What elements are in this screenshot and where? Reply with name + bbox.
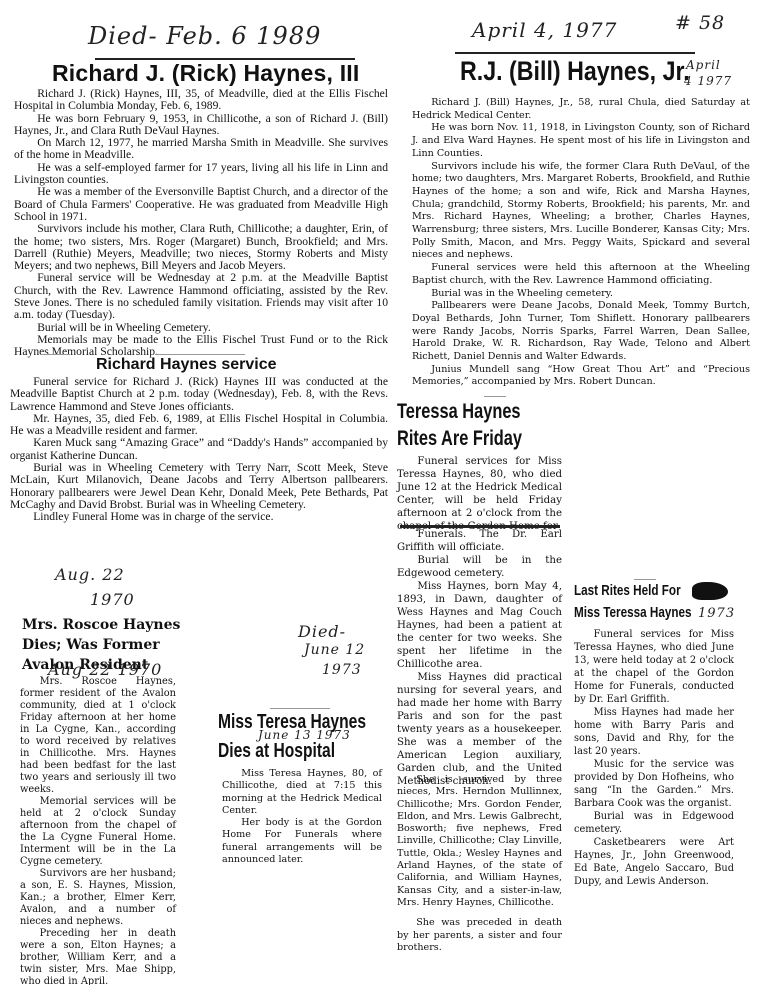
ink-blot-mark (692, 582, 728, 600)
handwritten-date-note: April 4, 1977 (472, 18, 617, 42)
handwritten-side-note: April (686, 58, 721, 72)
paragraph: She was preceded in death by her parents… (397, 917, 562, 954)
handwritten-year-note: 1973 (698, 606, 735, 621)
divider-rule (455, 52, 695, 54)
paragraph: Burial was in Edgewood cemetery. (574, 810, 734, 836)
paragraph: Karen Muck sang “Amazing Grace” and “Dad… (10, 437, 388, 462)
paragraph: On March 12, 1977, he married Marsha Smi… (14, 137, 388, 162)
last-rites-headline-line1: Last Rites Held For (574, 582, 681, 599)
handwritten-date-note: 1973 (322, 662, 362, 678)
paragraph: Her body is at the Gordon Home For Funer… (222, 817, 382, 866)
service-headline: Richard Haynes service (96, 356, 277, 374)
divider-rule (634, 579, 656, 580)
rites-body: Funerals. The Dr. Earl Griffith will off… (397, 528, 562, 788)
service-body: Funeral service for Richard J. (Rick) Ha… (10, 376, 388, 524)
handwritten-side-note: 4 1977 (684, 74, 732, 88)
paragraph: Funeral services were held this afternoo… (412, 262, 750, 287)
paragraph: Pallbearers were Deane Jacobs, Donald Me… (412, 300, 750, 364)
paragraph: Mrs. Roscoe Haynes, former resident of t… (20, 676, 176, 796)
handwritten-date-note: June 12 (304, 642, 365, 658)
obituary-headline: Richard J. (Rick) Haynes, III (52, 60, 359, 87)
paragraph: Burial was in Wheeling Cemetery with Ter… (10, 462, 388, 511)
paragraph: Mr. Haynes, 35, died Feb. 6, 1989, at El… (10, 413, 388, 438)
rites-body-top: Funeral services for Miss Teressa Haynes… (397, 455, 562, 533)
divider-rule (270, 708, 330, 709)
paragraph: Funeral services for Miss Teressa Haynes… (574, 628, 734, 706)
paragraph: Casketbearers were Art Haynes, Jr., John… (574, 836, 734, 888)
paragraph: Miss Haynes, born May 4, 1893, in Dawn, … (397, 580, 562, 671)
paragraph: He was born February 9, 1953, in Chillic… (14, 113, 388, 138)
paragraph: Miss Teresa Haynes, 80, of Chillicothe, … (222, 768, 382, 817)
paragraph: Survivors are her husband; a son, E. S. … (20, 868, 176, 928)
handwritten-date-note: Died- (298, 622, 346, 641)
paragraph: Miss Haynes did practical nursing for se… (397, 671, 562, 788)
handwritten-date-note: Died- Feb. 6 1989 (88, 22, 321, 50)
rites-headline-line2: Rites Are Friday (397, 427, 522, 451)
obituary-headline: R.J. (Bill) Haynes, Jr. (460, 56, 690, 87)
paragraph: He was a member of the Eversonville Bapt… (14, 186, 388, 223)
handwritten-date-note: Aug. 22 (55, 565, 125, 584)
obituary-body: Richard J. (Bill) Haynes, Jr., 58, rural… (412, 97, 750, 389)
paragraph: Richard J. (Bill) Haynes, Jr., 58, rural… (412, 97, 750, 122)
paragraph: Junius Mundell sang “How Great Thou Art”… (412, 364, 750, 389)
divider-rule (40, 354, 70, 355)
paragraph: He was born Nov. 11, 1918, in Livingston… (412, 122, 750, 160)
paragraph: Survivors include his mother, Clara Ruth… (14, 223, 388, 272)
paragraph: Funeral services for Miss Teressa Haynes… (397, 455, 562, 533)
paragraph: He was a self-employed farmer for 17 yea… (14, 162, 388, 187)
roscoe-body: Mrs. Roscoe Haynes, former resident of t… (20, 676, 176, 985)
paragraph: Survivors include his wife, the former C… (412, 161, 750, 263)
paragraph: Memorial services will be held at 2 o'cl… (20, 796, 176, 868)
paragraph: Funerals. The Dr. Earl Griffith will off… (397, 528, 562, 554)
paragraph: Lindley Funeral Home was in charge of th… (10, 511, 388, 523)
obituary-body: Richard J. (Rick) Haynes, III, 35, of Me… (14, 88, 388, 359)
paragraph: Music for the service was provided by Do… (574, 758, 734, 810)
paragraph: Funeral service will be Wednesday at 2 p… (14, 272, 388, 321)
last-rites-headline-line2: Miss Teressa Haynes (574, 604, 692, 621)
paragraph: Richard J. (Rick) Haynes, III, 35, of Me… (14, 88, 388, 113)
paragraph: Preceding her in death were a son, Elton… (20, 928, 176, 985)
rites-body-bottom: She is survived by three nieces, Mrs. He… (397, 774, 562, 954)
handwritten-number-note: # 58 (675, 12, 725, 34)
rites-headline-line1: Teressa Haynes (397, 400, 521, 424)
divider-rule (155, 354, 245, 355)
hospital-body: Miss Teresa Haynes, 80, of Chillicothe, … (222, 768, 382, 866)
handwritten-date-note: 1970 (90, 590, 135, 609)
hospital-headline-line2: Dies at Hospital (218, 740, 335, 763)
paragraph: Funeral service for Richard J. (Rick) Ha… (10, 376, 388, 413)
paragraph: Burial was in the Wheeling cemetery. (412, 288, 750, 301)
paragraph: Miss Haynes had made her home with Barry… (574, 706, 734, 758)
last-rites-body: Funeral services for Miss Teressa Haynes… (574, 628, 734, 888)
paragraph: Burial will be in the Edgewood cemetery. (397, 554, 562, 580)
divider-rule (484, 396, 506, 397)
paragraph: She is survived by three nieces, Mrs. He… (397, 774, 562, 909)
